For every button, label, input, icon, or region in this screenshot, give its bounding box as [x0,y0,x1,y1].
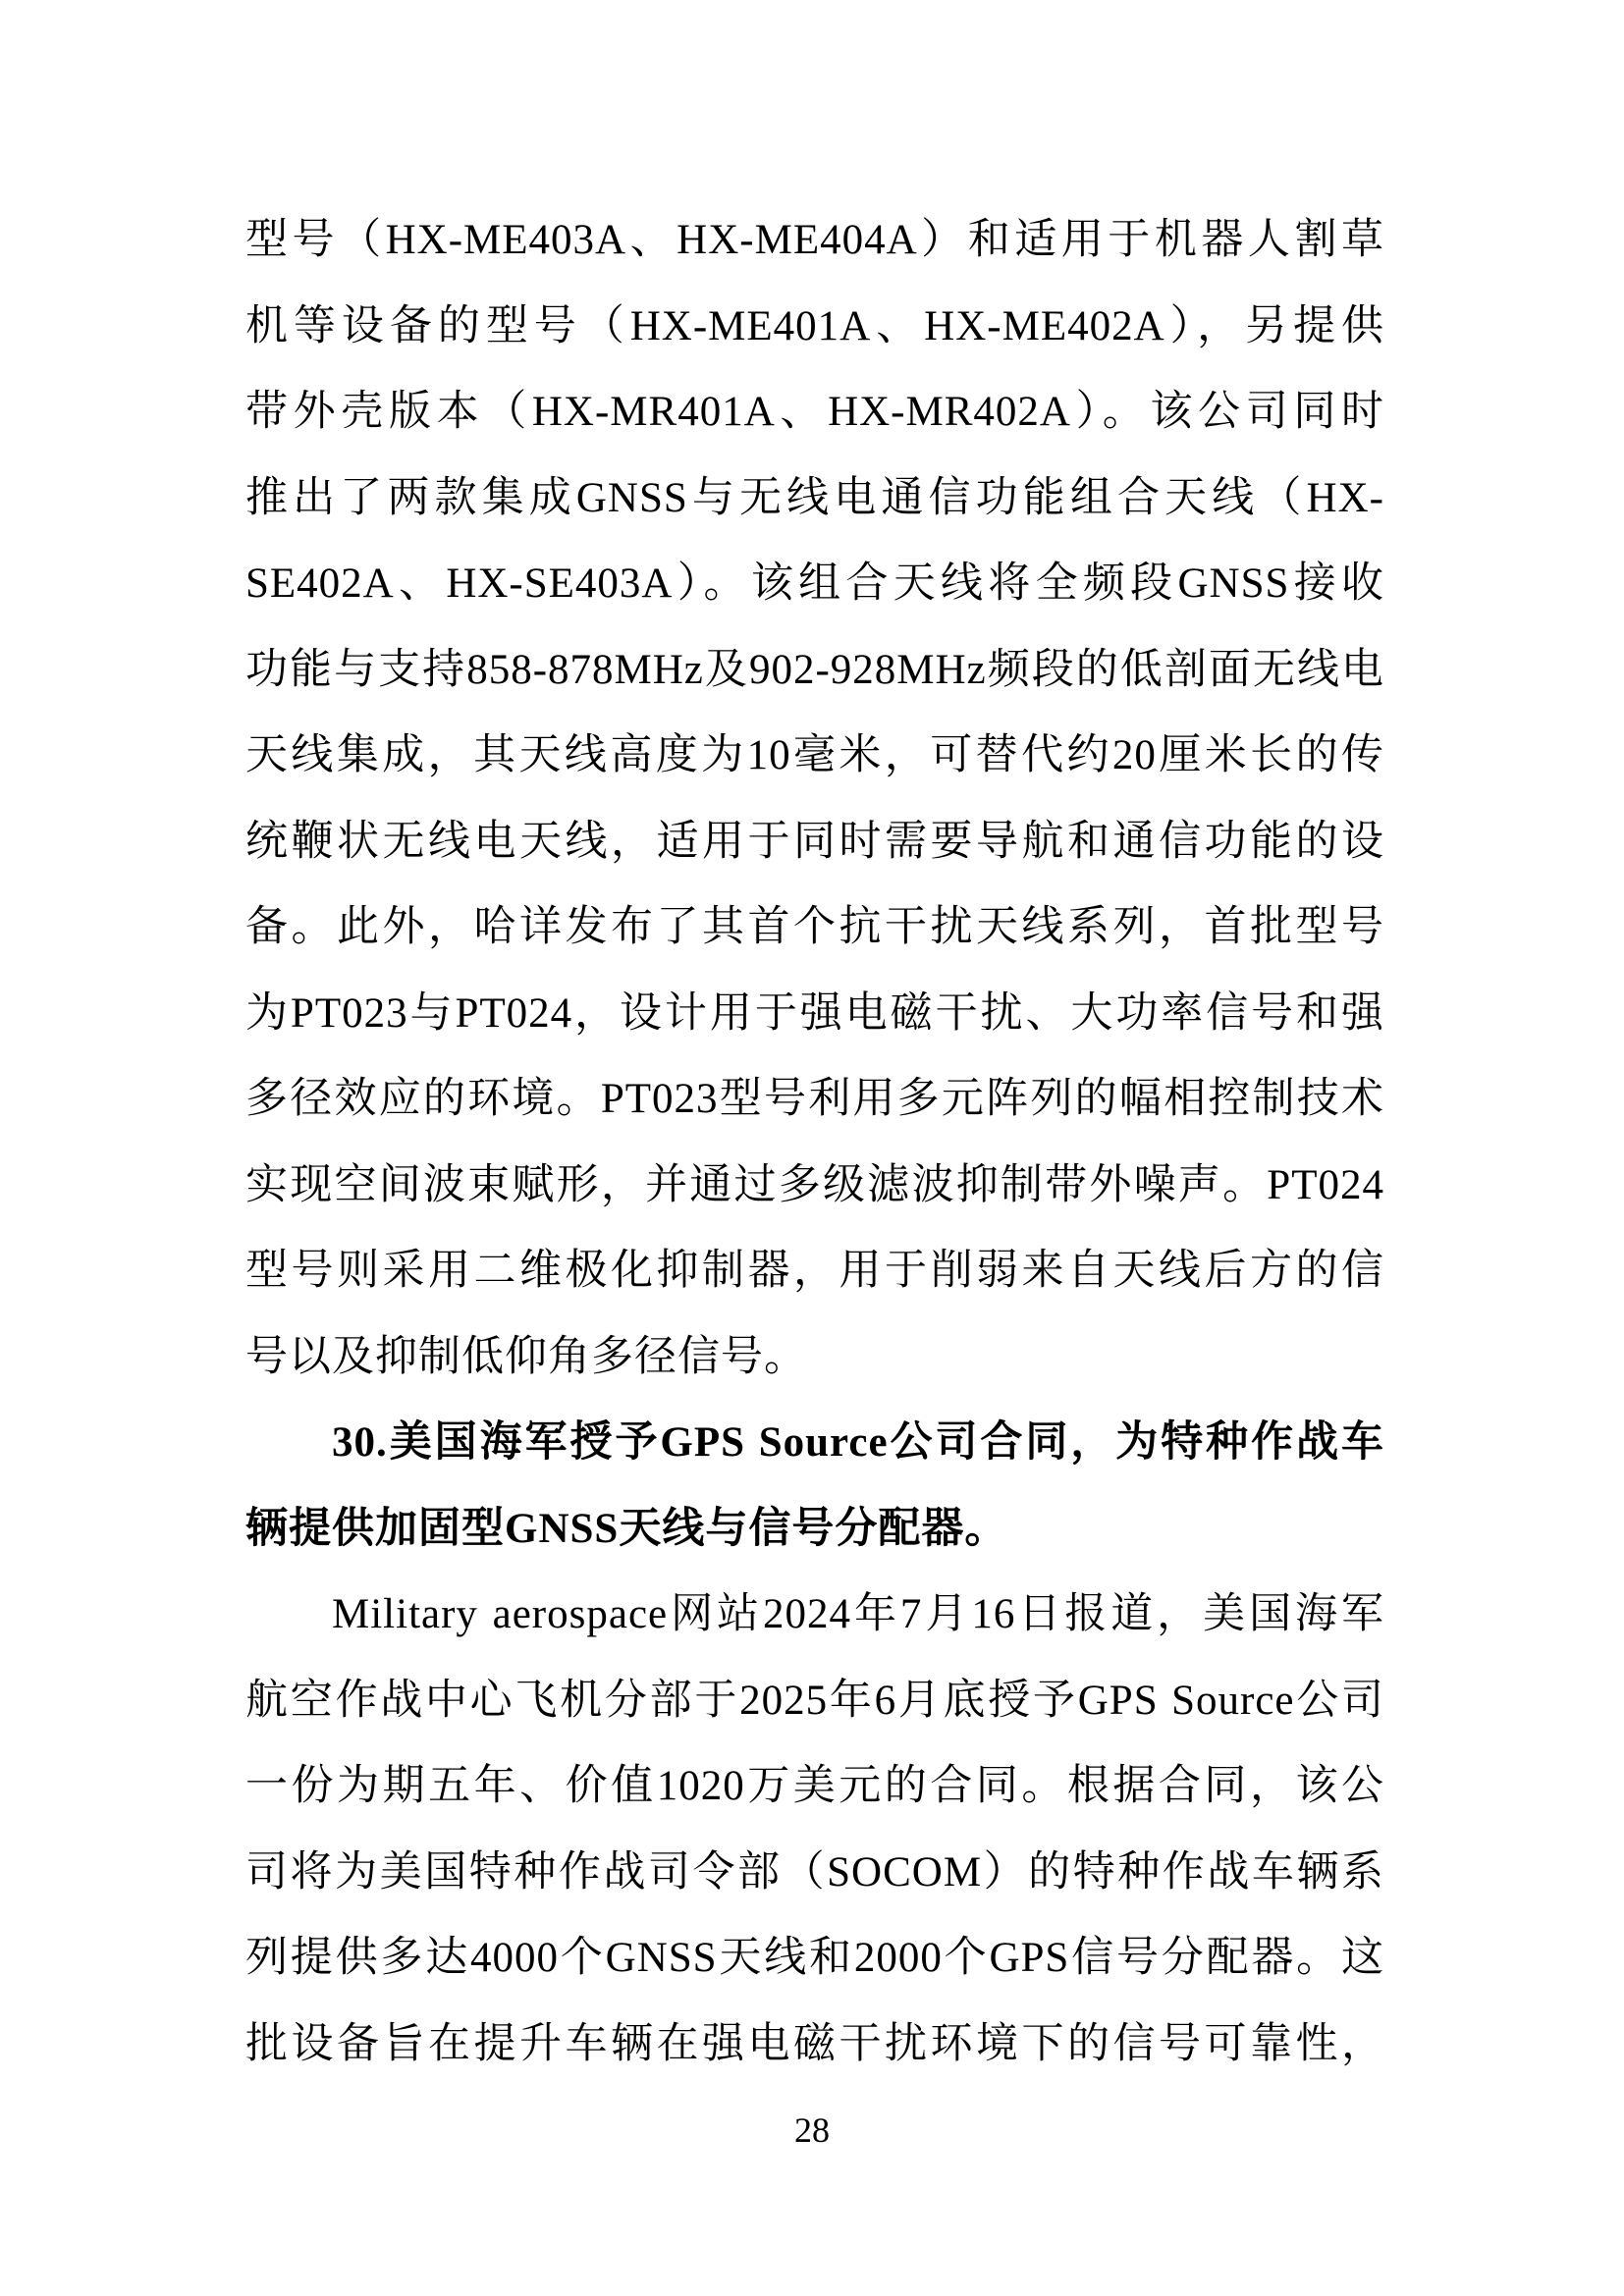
text-line: 多径效应的环境。PT023型号利用多元阵列的幅相控制技术 [245,1056,1384,1143]
text-line: 备。此外，哈详发布了其首个抗干扰天线系列，首批型号 [245,884,1384,971]
text-line: Military aerospace网站2024年7月16日报道，美国海军 [245,1572,1384,1658]
heading-line: 辆提供加固型GNSS天线与信号分配器。 [245,1486,1384,1573]
text-block: 型号（HX-ME403A、HX-ME404A）和适用于机器人割草 机等设备的型号… [245,197,1384,2087]
text-line: 型号则采用二维极化抑制器，用于削弱来自天线后方的信 [245,1228,1384,1314]
text-line: 列提供多达4000个GNSS天线和2000个GPS信号分配器。这 [245,1915,1384,2002]
text-line: SE402A、HX-SE403A）。该组合天线将全频段GNSS接收 [245,541,1384,627]
text-line: 航空作战中心飞机分部于2025年6月底授予GPS Source公司 [245,1658,1384,1744]
text-line: 功能与支持858-878MHz及902-928MHz频段的低剖面无线电 [245,627,1384,714]
text-line: 统鞭状无线电天线，适用于同时需要导航和通信功能的设 [245,799,1384,885]
text-line: 实现空间波束赋形，并通过多级滤波抑制带外噪声。PT024 [245,1143,1384,1229]
text-line: 司将为美国特种作战司令部（SOCOM）的特种作战车辆系 [245,1830,1384,1916]
text-line: 推出了两款集成GNSS与无线电通信功能组合天线（HX- [245,455,1384,542]
document-page: 型号（HX-ME403A、HX-ME404A）和适用于机器人割草 机等设备的型号… [0,0,1624,2296]
text-line: 型号（HX-ME403A、HX-ME404A）和适用于机器人割草 [245,197,1384,284]
text-line: 批设备旨在提升车辆在强电磁干扰环境下的信号可靠性， [245,2002,1384,2088]
text-line: 机等设备的型号（HX-ME401A、HX-ME402A），另提供 [245,284,1384,370]
text-line: 一份为期五年、价值1020万美元的合同。根据合同，该公 [245,1743,1384,1830]
text-line: 带外壳版本（HX-MR401A、HX-MR402A）。该公司同时 [245,369,1384,455]
text-line: 天线集成，其天线高度为10毫米，可替代约20厘米长的传 [245,713,1384,799]
heading-line: 30.美国海军授予GPS Source公司合同，为特种作战车 [245,1400,1384,1486]
text-line: 为PT023与PT024，设计用于强电磁干扰、大功率信号和强 [245,971,1384,1057]
text-line: 号以及抑制低仰角多径信号。 [245,1314,1384,1401]
page-number: 28 [0,2101,1624,2160]
